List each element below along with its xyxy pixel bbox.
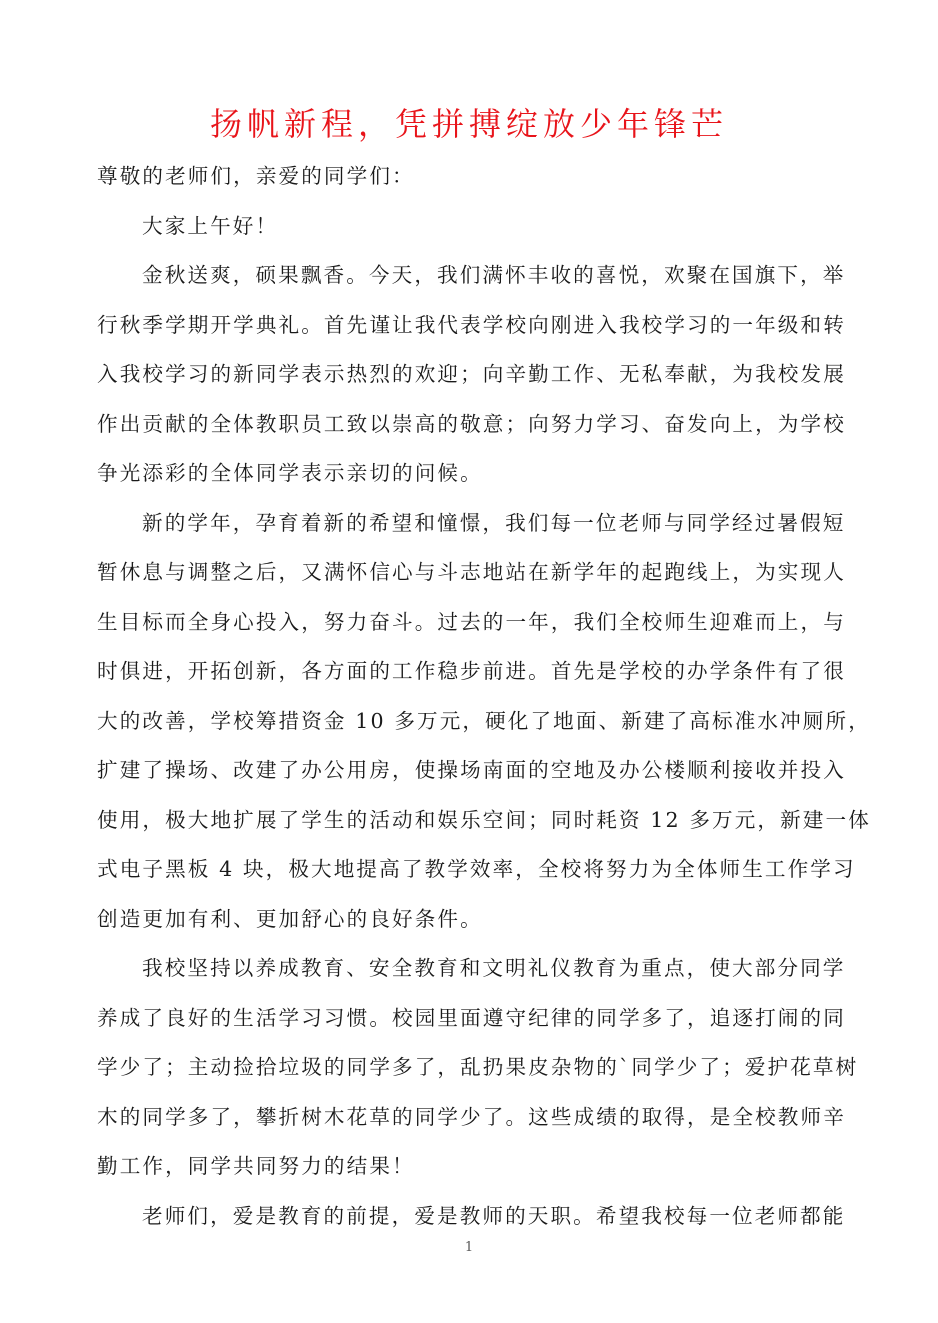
document-page: 扬帆新程，凭拼搏绽放少年锋芒 尊敬的老师们，亲爱的同学们： 大家上午好！ 金秋送…: [0, 0, 938, 1323]
paragraph-line: 大的改善，学校筹措资金 10 多万元，硬化了地面、新建了高标准水冲厕所，: [97, 697, 842, 747]
paragraph-line: 生目标而全身心投入，努力奋斗。过去的一年，我们全校师生迎难而上，与: [97, 598, 842, 648]
paragraph-line: 创造更加有利、更加舒心的良好条件。: [97, 895, 842, 945]
paragraph-line: 养成了良好的生活学习习惯。校园里面遵守纪律的同学多了，追逐打闹的同: [97, 994, 842, 1044]
paragraph-line: 时俱进，开拓创新，各方面的工作稳步前进。首先是学校的办学条件有了很: [97, 647, 842, 697]
paragraph-line: 木的同学多了，攀折树木花草的同学少了。这些成绩的取得，是全校教师辛: [97, 1093, 842, 1143]
page-number: 1: [0, 1240, 938, 1255]
greeting: 大家上午好！: [97, 202, 842, 252]
paragraph-line: 式电子黑板 4 块，极大地提高了教学效率，全校将努力为全体师生工作学习: [97, 845, 842, 895]
paragraph-line: 入我校学习的新同学表示热烈的欢迎；向辛勤工作、无私奉献，为我校发展: [97, 350, 842, 400]
paragraph-line: 学少了；主动捡拾垃圾的同学多了，乱扔果皮杂物的`同学少了；爱护花草树: [97, 1043, 842, 1093]
paragraph-line: 金秋送爽，硕果飘香。今天，我们满怀丰收的喜悦，欢聚在国旗下，举: [97, 251, 842, 301]
paragraph-4: 老师们，爱是教育的前提，爱是教师的天职。希望我校每一位老师都能: [97, 1192, 842, 1242]
paragraph-line: 勤工作，同学共同努力的结果！: [97, 1142, 842, 1192]
paragraph-1: 金秋送爽，硕果飘香。今天，我们满怀丰收的喜悦，欢聚在国旗下，举 行秋季学期开学典…: [97, 251, 842, 499]
paragraph-line: 争光添彩的全体同学表示亲切的问候。: [97, 449, 842, 499]
paragraph-line: 我校坚持以养成教育、安全教育和文明礼仪教育为重点，使大部分同学: [97, 944, 842, 994]
paragraph-line: 新的学年，孕育着新的希望和憧憬，我们每一位老师与同学经过暑假短: [97, 499, 842, 549]
paragraph-line: 扩建了操场、改建了办公用房，使操场南面的空地及办公楼顺利接收并投入: [97, 746, 842, 796]
paragraph-line: 老师们，爱是教育的前提，爱是教师的天职。希望我校每一位老师都能: [97, 1192, 842, 1242]
paragraph-2: 新的学年，孕育着新的希望和憧憬，我们每一位老师与同学经过暑假短 暂休息与调整之后…: [97, 499, 842, 945]
paragraph-line: 暂休息与调整之后，又满怀信心与斗志地站在新学年的起跑线上，为实现人: [97, 548, 842, 598]
paragraph-line: 使用，极大地扩展了学生的活动和娱乐空间；同时耗资 12 多万元，新建一体: [97, 796, 842, 846]
document-body: 尊敬的老师们，亲爱的同学们： 大家上午好！ 金秋送爽，硕果飘香。今天，我们满怀丰…: [97, 152, 842, 1241]
salutation: 尊敬的老师们，亲爱的同学们：: [97, 152, 842, 202]
paragraph-line: 行秋季学期开学典礼。首先谨让我代表学校向刚进入我校学习的一年级和转: [97, 301, 842, 351]
paragraph-3: 我校坚持以养成教育、安全教育和文明礼仪教育为重点，使大部分同学 养成了良好的生活…: [97, 944, 842, 1192]
paragraph-line: 作出贡献的全体教职员工致以崇高的敬意；向努力学习、奋发向上，为学校: [97, 400, 842, 450]
document-title: 扬帆新程，凭拼搏绽放少年锋芒: [0, 100, 938, 148]
